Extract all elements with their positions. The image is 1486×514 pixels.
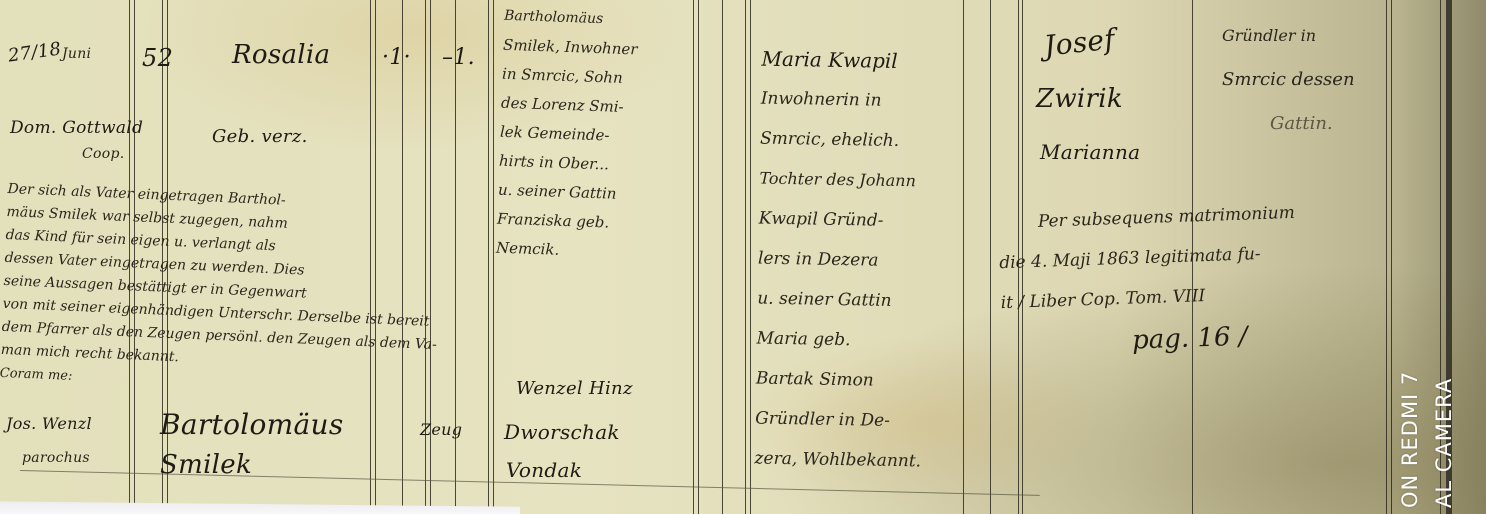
house-number: 52: [142, 44, 173, 72]
mother-line: Inwohnerin in: [760, 79, 927, 122]
column-rule: [698, 0, 699, 514]
godparent-surname: Zwirik: [1036, 84, 1123, 114]
father-line: u. seiner Gattin: [498, 176, 633, 210]
religion-mark: ·1·: [382, 45, 411, 70]
priest-signature: Jos. Wenzl: [6, 414, 92, 433]
godparent-line: Smrcic dessen: [1222, 58, 1355, 102]
illegitimate-note: Geb. verz.: [212, 126, 308, 147]
column-rule: [1386, 0, 1387, 514]
sex-mark: –1.: [442, 45, 475, 70]
godparent-description: Gründler in Smrcic dessen Gattin.: [1222, 14, 1355, 146]
father-line: des Lorenz Smi-: [501, 89, 636, 123]
column-rule: [963, 0, 964, 514]
godparent-line: Gattin.: [1222, 102, 1355, 146]
father-line: Nemcik.: [495, 234, 630, 268]
torn-paper-edge: [0, 496, 520, 514]
religion-value: 1: [389, 45, 403, 70]
column-rule: [1391, 0, 1392, 514]
witness-signature-2b: Dworschak: [504, 420, 620, 444]
column-rule: [488, 0, 489, 514]
baptizer-name: Dom. Gottwald: [10, 118, 143, 138]
mother-line: Tochter des Johann: [759, 159, 926, 202]
mother-line: Gründler in De-: [755, 399, 922, 442]
mother-line: zera, Wohlbekannt.: [754, 439, 921, 482]
mother-line: u. seiner Gattin: [757, 279, 924, 322]
mother-entry: Maria Kwapil Inwohnerin in Smrcic, eheli…: [754, 39, 928, 482]
mother-line: Bartak Simon: [756, 359, 923, 402]
mother-line: Maria Kwapil: [761, 39, 928, 82]
column-rule: [493, 0, 494, 514]
baptizer-role: Coop.: [82, 146, 124, 162]
father-line: Franziska geb.: [496, 205, 631, 239]
godparent-spouse: Marianna: [1040, 140, 1140, 164]
column-rule: [745, 0, 746, 514]
column-rule: [750, 0, 751, 514]
column-rule: [722, 0, 723, 514]
column-rule: [693, 0, 694, 514]
priest-role: parochus: [22, 450, 90, 466]
legitimation-note: Per subsequens matrimonium die 4. Maji 1…: [997, 193, 1300, 367]
witness-signature-2: Wenzel Hinz: [516, 378, 633, 399]
mother-line: lers in Dezera: [758, 239, 925, 282]
month-value: Juni: [62, 46, 91, 62]
witness-signature-1b: Smilek: [160, 450, 252, 480]
witness-signature-1: Bartolomäus: [160, 408, 344, 441]
godparent-name: Josef: [1042, 22, 1116, 62]
witness-label: Zeug: [420, 420, 462, 439]
mother-line: Smrcic, ehelich.: [760, 119, 927, 162]
father-entry: Bartholomäus Smilek, Inwohner in Smrcic,…: [495, 2, 638, 268]
camera-watermark-line1: ON REDMI 7: [1398, 371, 1422, 508]
father-line: Bartholomäus: [504, 2, 639, 36]
mother-line: Kwapil Gründ-: [758, 199, 925, 242]
date-value: 27/18: [7, 38, 63, 66]
child-name: Rosalia: [232, 40, 330, 70]
witness-signature-2c: Vondak: [506, 458, 582, 482]
camera-watermark-line2: AL CAMERA: [1432, 378, 1456, 508]
column-rule: [990, 0, 991, 514]
sex-value: 1: [453, 45, 467, 70]
father-line: hirts in Ober...: [499, 147, 634, 181]
father-line: Smilek, Inwohner: [503, 31, 638, 65]
father-line: in Smrcic, Sohn: [502, 60, 637, 94]
register-page: 27/18 Juni 52 Rosalia ·1· –1. Dom. Gottw…: [0, 0, 1486, 514]
father-line: lek Gemeinde-: [500, 118, 635, 152]
paternity-note: Der sich als Vater eingetragen Barthol- …: [0, 178, 443, 403]
mother-line: Maria geb.: [756, 319, 923, 362]
godparent-line: Gründler in: [1222, 14, 1355, 58]
